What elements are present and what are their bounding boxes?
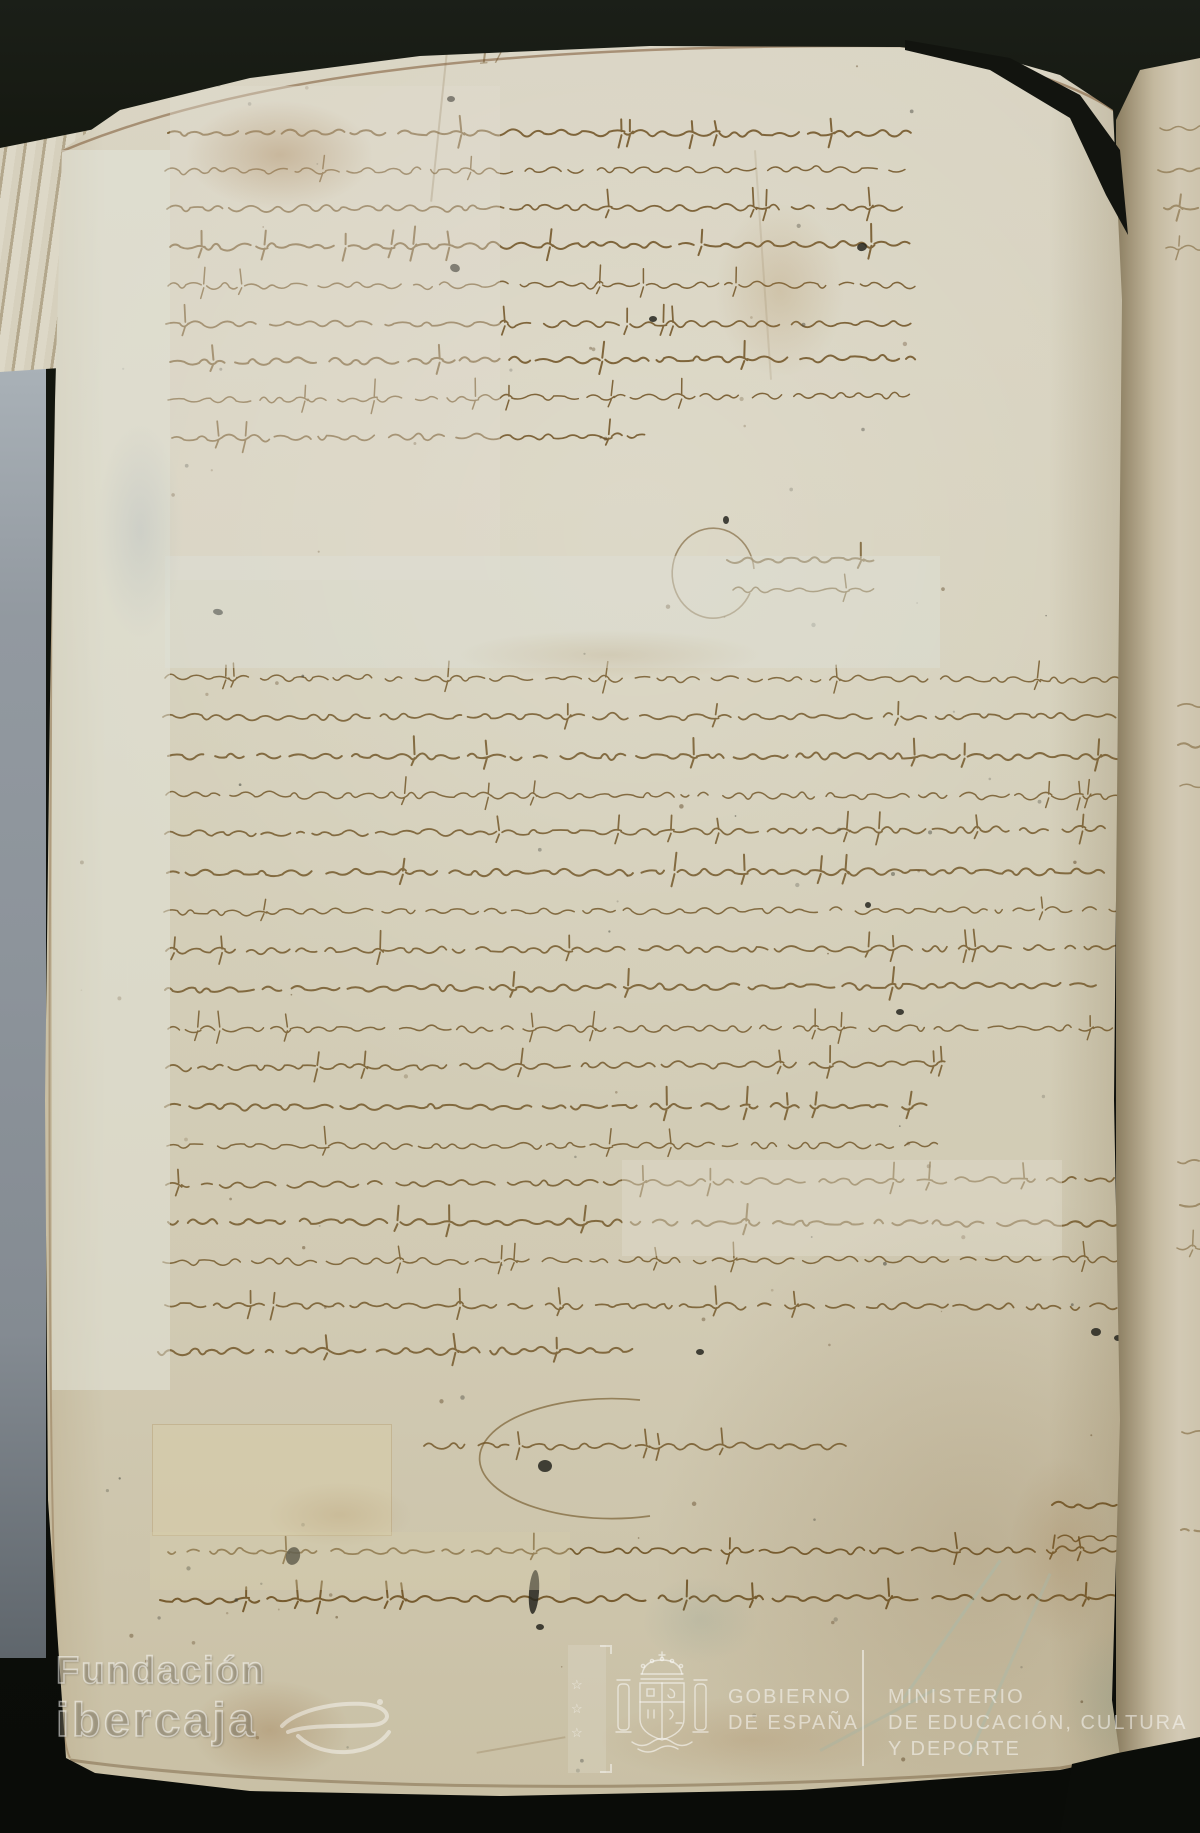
- ink-line: [168, 1533, 1129, 1564]
- paper-speckle: [117, 996, 121, 1000]
- ink-line: [424, 1428, 858, 1460]
- ink-line: [168, 1009, 1112, 1043]
- paper-speckle: [404, 1074, 408, 1078]
- paper-speckle: [626, 875, 628, 877]
- paper-speckle: [1073, 861, 1076, 864]
- ink-blot: [723, 516, 729, 524]
- oval-note-outline: [480, 1399, 650, 1519]
- paper-speckle: [903, 342, 907, 346]
- ink-line: [1052, 1502, 1117, 1509]
- gray-backing-sheet: [0, 358, 46, 1658]
- ink-line: [166, 930, 1125, 965]
- paper-speckle: [638, 1537, 640, 1539]
- paper-speckle: [324, 1306, 327, 1309]
- paper-speckle: [301, 675, 304, 678]
- ink-line: [733, 574, 874, 601]
- paper-speckle: [604, 437, 608, 441]
- ink-line: [1160, 125, 1200, 130]
- paper-speckle: [608, 930, 610, 932]
- adjacent-page: [1116, 58, 1200, 1792]
- ink-line: [170, 341, 915, 374]
- ink-line: [168, 116, 911, 148]
- paper-speckle: [901, 1757, 905, 1761]
- ink-blot: [1091, 1328, 1101, 1336]
- paper-speckle: [724, 616, 726, 618]
- paper-speckle: [1090, 1434, 1092, 1436]
- paper-speckle: [211, 469, 213, 471]
- paper-speckle: [192, 1641, 196, 1645]
- paper-speckle: [811, 1236, 813, 1238]
- ink-line: [168, 736, 1122, 770]
- paper-speckle: [580, 1759, 584, 1763]
- ink-blot: [527, 1570, 540, 1615]
- paper-speckle: [1071, 1303, 1074, 1306]
- paper-speckle: [229, 1198, 232, 1201]
- ink-line: [166, 1046, 945, 1082]
- paper-speckle: [831, 1621, 835, 1625]
- paper-speckle: [316, 163, 318, 165]
- paper-speckle: [589, 347, 592, 350]
- manuscript-photo-canvas: 17 Fundación ibercaja ☆ ☆ ☆: [0, 0, 1200, 1833]
- paper-speckle: [346, 1746, 348, 1748]
- paper-speckle: [837, 828, 841, 832]
- paper-speckle: [256, 1736, 259, 1739]
- ink-line: [1164, 194, 1198, 220]
- paper-speckle: [899, 1125, 901, 1127]
- paper-speckle: [907, 1142, 911, 1146]
- paper-speckle: [702, 1318, 706, 1322]
- ink-line: [167, 853, 1104, 887]
- paper-speckle: [910, 110, 914, 114]
- paper-speckle: [861, 428, 865, 432]
- paper-speckle: [157, 1616, 160, 1619]
- ink-line: [160, 1579, 1120, 1614]
- ink-blot: [447, 96, 455, 102]
- paper-speckle: [460, 1395, 464, 1399]
- paper-speckle: [413, 442, 416, 445]
- paper-speckle: [941, 587, 945, 591]
- paper-speckle: [813, 1518, 816, 1521]
- paper-speckle: [561, 1666, 563, 1668]
- paper-speckle: [883, 1262, 887, 1266]
- paper-speckle: [335, 1616, 338, 1619]
- paper-speckle: [106, 1489, 109, 1492]
- paper-speckle: [576, 1769, 580, 1773]
- paper-speckle: [260, 1583, 262, 1585]
- paper-speckle: [1080, 1700, 1083, 1703]
- paper-speckle: [752, 1714, 756, 1718]
- paper-speckle: [574, 1156, 577, 1159]
- paper-speckle: [80, 860, 84, 864]
- paper-speckle: [226, 1612, 228, 1614]
- paper-speckle: [301, 1523, 305, 1527]
- ink-line: [166, 1162, 1114, 1196]
- paper-speckle: [961, 1235, 965, 1239]
- ink-blot: [896, 1009, 904, 1015]
- ink-line: [1180, 784, 1200, 787]
- paper-speckle: [216, 83, 220, 87]
- paper-speckle: [928, 830, 932, 834]
- ink-blot: [449, 263, 461, 274]
- paper-speckle: [739, 397, 743, 401]
- paper-speckle: [666, 604, 670, 608]
- paper-speckle: [239, 783, 242, 786]
- paper-speckle: [234, 1598, 238, 1602]
- paper-speckle: [501, 1264, 503, 1266]
- paper-speckle: [184, 1138, 188, 1142]
- paper-speckle: [891, 872, 895, 876]
- paper-speckle: [278, 1609, 280, 1611]
- ink-line: [168, 378, 909, 413]
- paper-speckle: [802, 323, 806, 327]
- paper-speckle: [988, 778, 991, 781]
- paper-speckle: [122, 368, 124, 370]
- ink-line: [1177, 1230, 1200, 1256]
- paper-speckle: [302, 1246, 305, 1249]
- paper-speckle: [789, 488, 793, 492]
- paper-speckle: [692, 1502, 697, 1507]
- paper-speckle: [262, 226, 264, 228]
- paper-speckle: [275, 681, 279, 685]
- paper-speckle: [248, 102, 252, 106]
- ink-line: [165, 156, 905, 182]
- paper-speckle: [941, 1311, 942, 1312]
- paper-speckle: [811, 623, 815, 627]
- paper-speckle: [81, 989, 83, 991]
- paper-speckle: [219, 368, 222, 371]
- paper-speckle: [927, 1164, 931, 1168]
- ink-line: [168, 1204, 1129, 1236]
- paper-speckle: [319, 1225, 321, 1227]
- paper-speckle: [1045, 615, 1047, 617]
- paper-speckle: [797, 224, 801, 228]
- paper-speckle: [828, 1344, 831, 1347]
- ink-line: [1166, 236, 1200, 260]
- handwriting-layer: [0, 0, 1200, 1833]
- paper-speckle: [318, 551, 320, 553]
- ink-line: [165, 1286, 1117, 1320]
- paper-speckle: [827, 953, 829, 955]
- ink-blot: [696, 1349, 704, 1355]
- paper-speckle: [617, 900, 619, 902]
- paper-speckle: [795, 883, 799, 887]
- paper-speckle: [119, 1477, 121, 1479]
- paper-speckle: [291, 994, 293, 996]
- ink-line: [165, 967, 1110, 1000]
- ink-line: [727, 543, 873, 568]
- paper-speckle: [679, 804, 684, 809]
- ink-line: [170, 224, 910, 261]
- ink-blot: [213, 608, 224, 616]
- paper-speckle: [599, 436, 602, 439]
- paper-speckle: [750, 316, 753, 319]
- ink-line: [167, 1127, 937, 1157]
- ink-line: [1178, 1160, 1199, 1164]
- ink-line: [165, 1087, 936, 1121]
- paper-speckle: [145, 1660, 148, 1663]
- ink-line: [163, 1242, 1121, 1274]
- ink-line: [168, 265, 915, 298]
- paper-speckle: [186, 1566, 190, 1570]
- paper-speckle: [856, 65, 858, 67]
- paper-speckle: [592, 347, 596, 351]
- paper-speckle: [205, 693, 208, 696]
- ink-line: [164, 897, 1120, 920]
- ink-line: [1158, 168, 1200, 172]
- paper-speckle: [615, 1091, 618, 1094]
- ink-line: [172, 419, 645, 452]
- paper-speckle: [953, 711, 955, 713]
- paper-speckle: [129, 1634, 133, 1638]
- ink-line: [165, 812, 1113, 845]
- ink-line: [166, 305, 911, 336]
- paper-speckle: [305, 86, 309, 90]
- paper-speckle: [538, 848, 542, 852]
- paper-speckle: [833, 1617, 837, 1621]
- paper-speckle: [1020, 1666, 1022, 1668]
- ink-line: [1181, 1529, 1200, 1531]
- paper-speckle: [1038, 800, 1042, 804]
- paper-speckle: [185, 464, 189, 468]
- paper-speckle: [743, 425, 746, 428]
- circled-note-outline: [672, 528, 754, 618]
- ink-line: [158, 1334, 645, 1365]
- ink-line: [1180, 1203, 1200, 1206]
- paper-speckle: [439, 1399, 443, 1403]
- paper-speckle: [735, 815, 737, 817]
- ink-line: [165, 661, 1132, 693]
- ink-blot: [865, 902, 871, 908]
- manuscript-page: 17: [40, 40, 1125, 1800]
- page-edge-shading: [70, 1755, 1118, 1786]
- paper-speckle: [509, 369, 512, 372]
- paper-speckle: [1042, 1095, 1045, 1098]
- ink-blot: [538, 1460, 552, 1472]
- paper-speckle: [917, 870, 920, 873]
- ink-line: [166, 777, 1133, 810]
- paper-speckle: [583, 653, 585, 655]
- ink-line: [1058, 1535, 1120, 1541]
- ink-line: [1178, 743, 1200, 747]
- folio-number: 17: [477, 43, 505, 69]
- paper-speckle: [771, 1289, 774, 1292]
- ink-line: [163, 702, 1116, 729]
- ink-blot: [536, 1624, 544, 1630]
- paper-speckle: [329, 1593, 333, 1597]
- ink-line: [1182, 1431, 1200, 1434]
- ink-blot: [649, 316, 657, 322]
- paper-speckle: [916, 602, 918, 604]
- paper-speckle: [171, 493, 175, 497]
- ink-line: [1178, 704, 1200, 707]
- ink-line: [167, 188, 912, 221]
- page-edge-shading: [50, 170, 70, 1758]
